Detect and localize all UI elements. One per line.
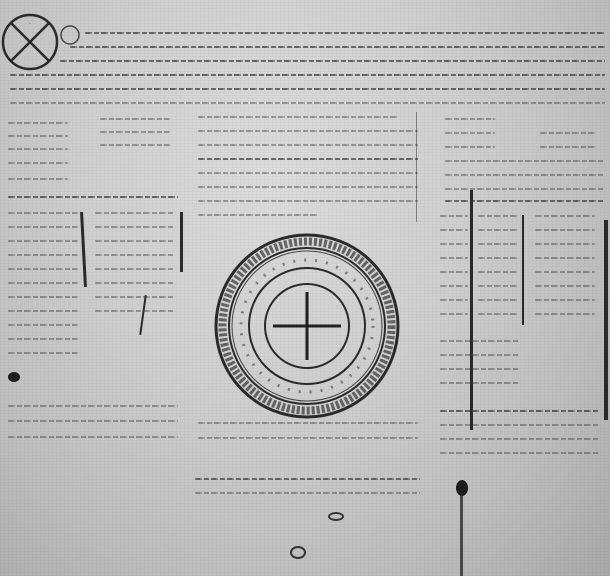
seal-hole <box>290 546 306 559</box>
ink-blot <box>8 372 20 382</box>
fold-line <box>460 495 463 576</box>
seal-hole <box>328 512 344 521</box>
svg-text:·: · <box>29 21 31 28</box>
charter-document: medieval charter photograph (grayscale) … <box>0 0 610 576</box>
ink-blot <box>456 480 468 496</box>
main-rota-icon <box>213 232 401 420</box>
small-rota-icon: · <box>0 12 60 72</box>
